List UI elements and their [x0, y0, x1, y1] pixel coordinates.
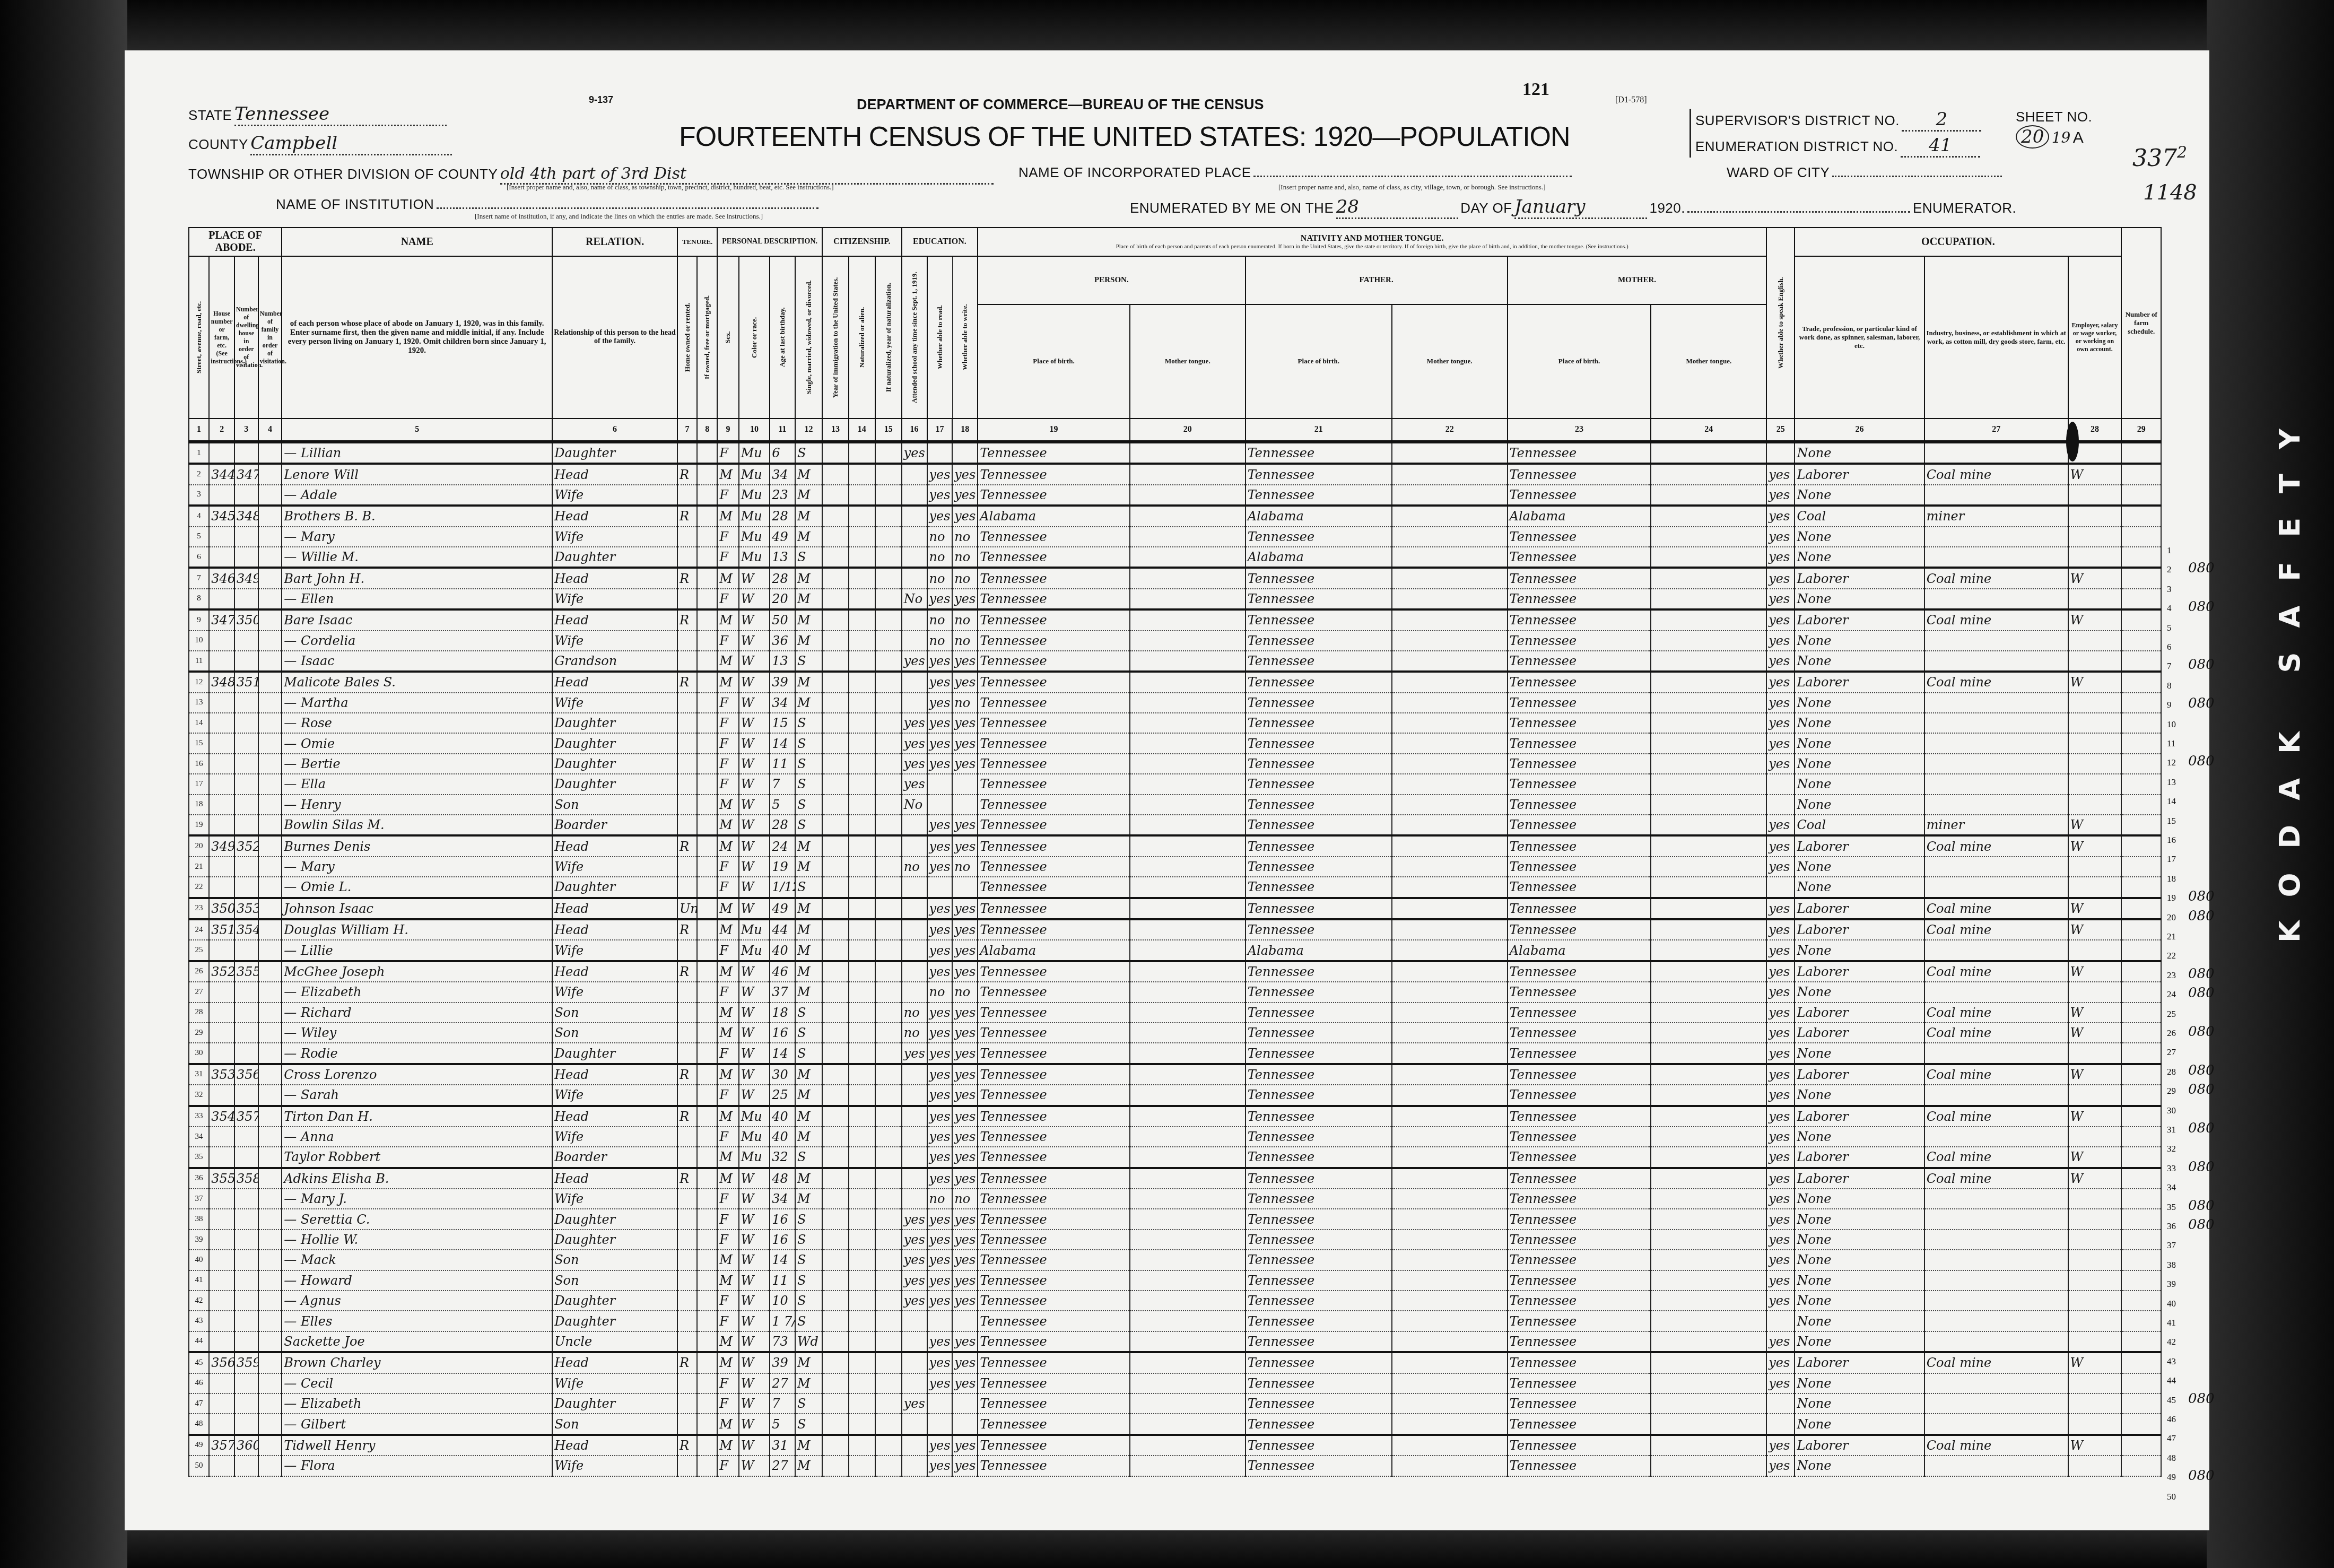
cell-family-number	[258, 733, 282, 753]
cell-color-race: Mu	[739, 442, 770, 464]
cell-age: 28	[770, 506, 795, 526]
right-line-number: 47	[2167, 1433, 2188, 1444]
right-line-number: 13	[2167, 777, 2188, 788]
table-row: 40— MackSonMW14SyesyesyesTennesseeTennes…	[189, 1250, 2161, 1270]
cell-employer-class	[2068, 1456, 2122, 1476]
cell-birthplace: Tennessee	[978, 527, 1130, 547]
cell-family-number	[258, 1085, 282, 1105]
occupation-code: 080	[2188, 1468, 2225, 1484]
cell-age: 1 7/12	[770, 1311, 795, 1331]
cell-mother-birthplace: Tennessee	[1508, 982, 1651, 1002]
cell-attended-school: yes	[902, 1043, 927, 1064]
cell-father-mother-tongue	[1392, 857, 1508, 877]
cell-mother-mother-tongue	[1651, 1352, 1766, 1373]
cell-dwelling-number	[234, 982, 258, 1002]
cell-house-number	[209, 1373, 234, 1393]
cell-age: 13	[770, 547, 795, 568]
cell-relation: Wife	[552, 1456, 677, 1476]
cell-speaks-english: yes	[1766, 713, 1795, 733]
col-number-29: 29	[2121, 419, 2161, 442]
cell-able-to-read: yes	[927, 835, 953, 856]
cell-speaks-english: yes	[1766, 631, 1795, 651]
cell-employer-class: W	[2068, 609, 2122, 630]
cell-owned-free-mortgaged	[697, 1230, 717, 1250]
cell-industry	[1924, 1393, 2068, 1414]
cell-family-number	[258, 898, 282, 919]
cell-year-immigration	[822, 1373, 849, 1393]
cell-year-naturalized	[875, 693, 902, 713]
cell-employer-class: W	[2068, 1168, 2122, 1189]
cell-able-to-read: yes	[927, 1331, 953, 1352]
col-number-1: 1	[189, 419, 209, 442]
cell-mother-mother-tongue	[1651, 1250, 1766, 1270]
cell-sex: M	[717, 464, 738, 484]
cell-birthplace: Tennessee	[978, 672, 1130, 692]
cell-mother-mother-tongue	[1651, 506, 1766, 526]
cell-mother-mother-tongue	[1651, 527, 1766, 547]
line-number: 50	[189, 1456, 209, 1476]
cell-able-to-read: yes	[927, 589, 953, 609]
cell-relation: Son	[552, 1023, 677, 1043]
cell-family-number	[258, 1043, 282, 1064]
cell-dwelling-number	[234, 589, 258, 609]
cell-age: 18	[770, 1003, 795, 1023]
cell-home-owned-rented	[677, 1311, 697, 1331]
cell-dwelling-number	[234, 754, 258, 774]
cell-farm-schedule	[2121, 1373, 2161, 1393]
line-number: 46	[189, 1373, 209, 1393]
cell-family-number	[258, 1311, 282, 1331]
cell-speaks-english: yes	[1766, 733, 1795, 753]
cell-family-number	[258, 672, 282, 692]
cell-trade: None	[1795, 527, 1924, 547]
cell-owned-free-mortgaged	[697, 815, 717, 835]
cell-person-name: Tirton Dan H.	[282, 1106, 552, 1127]
cell-attended-school	[902, 1456, 927, 1476]
cell-mother-birthplace: Tennessee	[1508, 1127, 1651, 1147]
cell-mother-tongue	[1130, 1414, 1246, 1434]
cell-naturalized	[849, 1023, 875, 1043]
cell-farm-schedule	[2121, 1291, 2161, 1311]
table-row: 16— BertieDaughterFW11SyesyesyesTennesse…	[189, 754, 2161, 774]
cell-color-race: W	[739, 1291, 770, 1311]
cell-color-race: W	[739, 961, 770, 982]
film-border-top	[0, 0, 2334, 58]
right-line-number: 43	[2167, 1356, 2188, 1367]
cell-age: 15	[770, 713, 795, 733]
cell-year-naturalized	[875, 1250, 902, 1270]
cell-father-mother-tongue	[1392, 1291, 1508, 1311]
cell-naturalized	[849, 589, 875, 609]
cell-industry: Coal mine	[1924, 1435, 2068, 1456]
cell-industry: Coal mine	[1924, 568, 2068, 588]
col-7-header: Home owned or rented.	[677, 256, 697, 419]
cell-dwelling-number	[234, 1311, 258, 1331]
right-line-number: 23	[2167, 970, 2188, 981]
cell-father-birthplace: Tennessee	[1246, 568, 1392, 588]
cell-owned-free-mortgaged	[697, 1291, 717, 1311]
cell-industry: Coal mine	[1924, 919, 2068, 940]
table-row: 45356359Brown CharleyHeadRMW39MyesyesTen…	[189, 1352, 2161, 1373]
right-line-number: 50	[2167, 1492, 2188, 1502]
cell-employer-class	[2068, 1209, 2122, 1229]
cell-mother-mother-tongue	[1651, 1168, 1766, 1189]
cell-able-to-write: yes	[952, 1085, 978, 1105]
cell-naturalized	[849, 1291, 875, 1311]
cell-birthplace: Tennessee	[978, 1147, 1130, 1168]
cell-father-mother-tongue	[1392, 754, 1508, 774]
cell-house-number	[209, 1209, 234, 1229]
cell-employer-class	[2068, 1230, 2122, 1250]
cell-employer-class	[2068, 1085, 2122, 1105]
cell-father-mother-tongue	[1392, 898, 1508, 919]
cell-sex: F	[717, 1209, 738, 1229]
cell-birthplace: Tennessee	[978, 1331, 1130, 1352]
cell-birthplace: Tennessee	[978, 1127, 1130, 1147]
cell-speaks-english	[1766, 442, 1795, 464]
cell-farm-schedule	[2121, 815, 2161, 835]
cell-father-birthplace: Tennessee	[1246, 1085, 1392, 1105]
cell-year-naturalized	[875, 464, 902, 484]
cell-trade: None	[1795, 547, 1924, 568]
cell-age: 37	[770, 982, 795, 1002]
cell-marital-status: S	[795, 1147, 822, 1168]
cell-marital-status: S	[795, 1230, 822, 1250]
cell-father-mother-tongue	[1392, 464, 1508, 484]
cell-speaks-english: yes	[1766, 919, 1795, 940]
cell-marital-status: S	[795, 1209, 822, 1229]
cell-attended-school: no	[902, 857, 927, 877]
cell-naturalized	[849, 1127, 875, 1147]
cell-speaks-english: yes	[1766, 1291, 1795, 1311]
cell-trade: Laborer	[1795, 1435, 1924, 1456]
cell-marital-status: M	[795, 464, 822, 484]
cell-farm-schedule	[2121, 713, 2161, 733]
cell-relation: Wife	[552, 1085, 677, 1105]
cell-mother-tongue	[1130, 754, 1246, 774]
cell-industry: Coal mine	[1924, 1064, 2068, 1085]
cell-mother-tongue	[1130, 1147, 1246, 1168]
cell-relation: Daughter	[552, 442, 677, 464]
cell-person-name: — Rodie	[282, 1043, 552, 1064]
cell-father-birthplace: Tennessee	[1246, 1189, 1392, 1209]
cell-attended-school	[902, 1127, 927, 1147]
cell-naturalized	[849, 485, 875, 506]
table-row: 18— HenrySonMW5SNoTennesseeTennesseeTenn…	[189, 795, 2161, 815]
cell-relation: Head	[552, 961, 677, 982]
cell-industry: miner	[1924, 506, 2068, 526]
cell-father-birthplace: Tennessee	[1246, 919, 1392, 940]
cell-color-race: W	[739, 815, 770, 835]
cell-father-mother-tongue	[1392, 1189, 1508, 1209]
cell-home-owned-rented	[677, 631, 697, 651]
cell-owned-free-mortgaged	[697, 693, 717, 713]
cell-year-naturalized	[875, 898, 902, 919]
col-2-header: House number or farm, etc. (See instruct…	[209, 256, 234, 419]
cell-father-birthplace: Tennessee	[1246, 1311, 1392, 1331]
cell-able-to-read: yes	[927, 1127, 953, 1147]
col-26-header: Trade, profession, or particular kind of…	[1795, 256, 1924, 419]
cell-birthplace: Tennessee	[978, 693, 1130, 713]
cell-able-to-write: no	[952, 609, 978, 630]
cell-family-number	[258, 1352, 282, 1373]
cell-industry: Coal mine	[1924, 672, 2068, 692]
cell-able-to-write: yes	[952, 589, 978, 609]
cell-attended-school	[902, 568, 927, 588]
cell-year-immigration	[822, 1189, 849, 1209]
cell-age: 6	[770, 442, 795, 464]
cell-age: 27	[770, 1456, 795, 1476]
cell-marital-status: M	[795, 527, 822, 547]
cell-mother-tongue	[1130, 795, 1246, 815]
table-row: 44Sackette JoeUncleMW73WdyesyesTennessee…	[189, 1331, 2161, 1352]
cell-speaks-english: yes	[1766, 1373, 1795, 1393]
cell-mother-mother-tongue	[1651, 1106, 1766, 1127]
cell-year-immigration	[822, 857, 849, 877]
cell-mother-birthplace: Tennessee	[1508, 547, 1651, 568]
col-number-14: 14	[849, 419, 875, 442]
cell-farm-schedule	[2121, 1270, 2161, 1291]
cell-house-number	[209, 631, 234, 651]
cell-age: 31	[770, 1435, 795, 1456]
cell-speaks-english: yes	[1766, 651, 1795, 672]
cell-industry	[1924, 774, 2068, 794]
col-number-4: 4	[258, 419, 282, 442]
cell-speaks-english: yes	[1766, 1352, 1795, 1373]
cell-person-name: Bare Isaac	[282, 609, 552, 630]
cell-birthplace: Tennessee	[978, 1189, 1130, 1209]
col-number-19: 19	[978, 419, 1130, 442]
cell-owned-free-mortgaged	[697, 1023, 717, 1043]
cell-farm-schedule	[2121, 1435, 2161, 1456]
cell-mother-birthplace: Tennessee	[1508, 1393, 1651, 1414]
enumerated-day: 28	[1336, 196, 1458, 219]
cell-mother-mother-tongue	[1651, 1209, 1766, 1229]
cell-speaks-english	[1766, 1414, 1795, 1434]
cell-person-name: Bart John H.	[282, 568, 552, 588]
cell-father-mother-tongue	[1392, 589, 1508, 609]
right-line-number: 4	[2167, 603, 2188, 614]
table-row: 34— AnnaWifeFMu40MyesyesTennesseeTenness…	[189, 1127, 2161, 1147]
table-row: 9347350Bare IsaacHeadRMW50MnonoTennessee…	[189, 609, 2161, 630]
cell-owned-free-mortgaged	[697, 940, 717, 961]
cell-farm-schedule	[2121, 651, 2161, 672]
cell-farm-schedule	[2121, 1331, 2161, 1352]
cell-year-naturalized	[875, 1085, 902, 1105]
cell-father-mother-tongue	[1392, 485, 1508, 506]
cell-able-to-read	[927, 1311, 953, 1331]
cell-able-to-write: yes	[952, 898, 978, 919]
cell-mother-birthplace: Alabama	[1508, 940, 1651, 961]
right-line-number: 1	[2167, 545, 2188, 556]
cell-relation: Son	[552, 1250, 677, 1270]
cell-year-immigration	[822, 1106, 849, 1127]
cell-employer-class: W	[2068, 1352, 2122, 1373]
cell-naturalized	[849, 1064, 875, 1085]
cell-family-number	[258, 857, 282, 877]
cell-house-number: 350	[209, 898, 234, 919]
cell-house-number	[209, 547, 234, 568]
cell-owned-free-mortgaged	[697, 547, 717, 568]
cell-color-race: W	[739, 1168, 770, 1189]
cell-marital-status: M	[795, 835, 822, 856]
cell-marital-status: S	[795, 774, 822, 794]
right-line-number: 42	[2167, 1337, 2188, 1347]
cell-mother-mother-tongue	[1651, 1147, 1766, 1168]
cell-naturalized	[849, 1250, 875, 1270]
cell-farm-schedule	[2121, 589, 2161, 609]
cell-age: 40	[770, 1127, 795, 1147]
cell-family-number	[258, 940, 282, 961]
cell-year-immigration	[822, 1127, 849, 1147]
cell-sex: F	[717, 774, 738, 794]
cell-mother-tongue	[1130, 1331, 1246, 1352]
table-row: 6— Willie M.DaughterFMu13SnonoTennesseeA…	[189, 547, 2161, 568]
cell-year-naturalized	[875, 877, 902, 898]
line-number: 39	[189, 1230, 209, 1250]
enumerated-year: 1920.	[1649, 200, 1685, 216]
cell-dwelling-number	[234, 1189, 258, 1209]
cell-marital-status: S	[795, 547, 822, 568]
table-row: 30— RodieDaughterFW14SyesyesyesTennessee…	[189, 1043, 2161, 1064]
cell-industry	[1924, 940, 2068, 961]
right-line-number: 29	[2167, 1086, 2188, 1096]
cell-home-owned-rented	[677, 1043, 697, 1064]
cell-family-number	[258, 1189, 282, 1209]
cell-age: 14	[770, 1250, 795, 1270]
cell-father-mother-tongue	[1392, 1023, 1508, 1043]
cell-mother-mother-tongue	[1651, 940, 1766, 961]
line-number: 13	[189, 693, 209, 713]
line-number: 18	[189, 795, 209, 815]
cell-father-birthplace: Tennessee	[1246, 1393, 1392, 1414]
line-number: 19	[189, 815, 209, 835]
cell-person-name: — Hollie W.	[282, 1230, 552, 1250]
film-edge-print: KODAK SAFETY	[2273, 223, 2305, 1125]
cell-family-number	[258, 442, 282, 464]
cell-home-owned-rented	[677, 713, 697, 733]
cell-sex: F	[717, 733, 738, 753]
cell-birthplace: Tennessee	[978, 1291, 1130, 1311]
cell-year-immigration	[822, 609, 849, 630]
cell-age: 25	[770, 1085, 795, 1105]
sheet-alt-value: 19	[2052, 129, 2071, 146]
cell-able-to-write: yes	[952, 1331, 978, 1352]
right-line-number: 20	[2167, 912, 2188, 923]
cell-relation: Head	[552, 568, 677, 588]
cell-person-name: — Mary	[282, 527, 552, 547]
cell-father-birthplace: Tennessee	[1246, 651, 1392, 672]
form-number: 9-137	[589, 94, 613, 106]
cell-speaks-english: yes	[1766, 1230, 1795, 1250]
cell-year-naturalized	[875, 1311, 902, 1331]
cell-able-to-write: yes	[952, 713, 978, 733]
cell-sex: F	[717, 547, 738, 568]
cell-speaks-english: yes	[1766, 898, 1795, 919]
cell-year-naturalized	[875, 857, 902, 877]
table-row: 32— SarahWifeFW25MyesyesTennesseeTenness…	[189, 1085, 2161, 1105]
cell-age: 16	[770, 1230, 795, 1250]
cell-birthplace: Tennessee	[978, 877, 1130, 898]
cell-mother-mother-tongue	[1651, 754, 1766, 774]
cell-father-mother-tongue	[1392, 1414, 1508, 1434]
cell-dwelling-number	[234, 547, 258, 568]
cell-marital-status: M	[795, 631, 822, 651]
table-row: 22— Omie L.DaughterFW1/12STennesseeTenne…	[189, 877, 2161, 898]
cell-owned-free-mortgaged	[697, 1393, 717, 1414]
cell-industry: Coal mine	[1924, 1023, 2068, 1043]
cell-family-number	[258, 815, 282, 835]
cell-age: 20	[770, 589, 795, 609]
cell-home-owned-rented	[677, 1250, 697, 1270]
cell-sex: F	[717, 1127, 738, 1147]
cell-house-number	[209, 1270, 234, 1291]
cell-attended-school	[902, 693, 927, 713]
cell-able-to-read: yes	[927, 651, 953, 672]
cell-birthplace: Tennessee	[978, 547, 1130, 568]
right-line-number: 45	[2167, 1395, 2188, 1406]
cell-naturalized	[849, 1270, 875, 1291]
cell-trade: None	[1795, 857, 1924, 877]
ed-value: 41	[1901, 135, 1980, 158]
cell-trade: None	[1795, 1043, 1924, 1064]
cell-industry	[1924, 651, 2068, 672]
cell-birthplace: Tennessee	[978, 1414, 1130, 1434]
cell-mother-mother-tongue	[1651, 672, 1766, 692]
cell-mother-birthplace: Tennessee	[1508, 835, 1651, 856]
table-row: 7346349Bart John H.HeadRMW28MnonoTenness…	[189, 568, 2161, 588]
cell-owned-free-mortgaged	[697, 1311, 717, 1331]
film-border-left	[0, 0, 127, 1568]
cell-relation: Wife	[552, 940, 677, 961]
cell-year-immigration	[822, 940, 849, 961]
day-of-label: DAY OF	[1460, 200, 1512, 216]
cell-sex: M	[717, 568, 738, 588]
cell-marital-status: M	[795, 1189, 822, 1209]
cell-employer-class: W	[2068, 919, 2122, 940]
group-tenure: TENURE.	[677, 228, 717, 256]
cell-mother-birthplace: Tennessee	[1508, 672, 1651, 692]
margin-stamp-337: 3372	[2132, 143, 2187, 172]
cell-relation: Daughter	[552, 1230, 677, 1250]
cell-dwelling-number	[234, 1023, 258, 1043]
group-occupation: OCCUPATION.	[1795, 228, 2121, 256]
cell-family-number	[258, 631, 282, 651]
cell-house-number: 354	[209, 1106, 234, 1127]
cell-birthplace: Tennessee	[978, 1209, 1130, 1229]
cell-home-owned-rented: R	[677, 568, 697, 588]
occupation-code: 080	[2188, 1062, 2225, 1078]
cell-mother-birthplace: Tennessee	[1508, 1352, 1651, 1373]
cell-mother-mother-tongue	[1651, 1023, 1766, 1043]
cell-age: 14	[770, 1043, 795, 1064]
cell-father-mother-tongue	[1392, 940, 1508, 961]
right-line-number: 11	[2167, 738, 2188, 749]
group-nativity: NATIVITY AND MOTHER TONGUE. Place of bir…	[978, 228, 1766, 256]
cell-house-number	[209, 651, 234, 672]
cell-able-to-read: no	[927, 527, 953, 547]
cell-farm-schedule	[2121, 485, 2161, 506]
cell-relation: Head	[552, 1106, 677, 1127]
cell-trade: Laborer	[1795, 1147, 1924, 1168]
cell-sex: F	[717, 1456, 738, 1476]
cell-father-birthplace: Tennessee	[1246, 961, 1392, 982]
cell-owned-free-mortgaged	[697, 835, 717, 856]
cell-father-mother-tongue	[1392, 815, 1508, 835]
cell-sex: M	[717, 1435, 738, 1456]
cell-year-immigration	[822, 1168, 849, 1189]
cell-color-race: W	[739, 1209, 770, 1229]
